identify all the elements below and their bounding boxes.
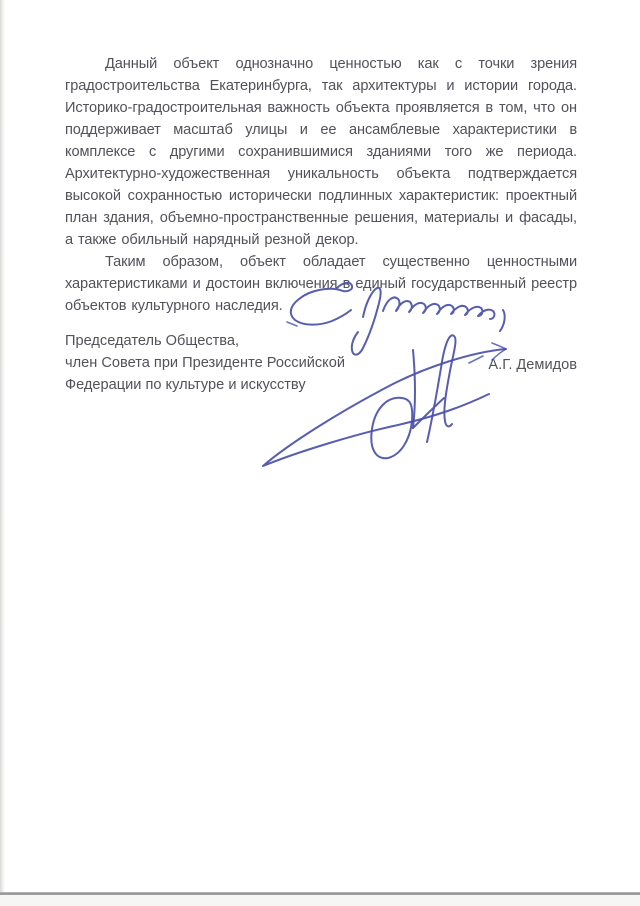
document-page: Данный объект однозначно ценностью как с… bbox=[0, 0, 640, 906]
signer-position-line-1: Председатель Общества, bbox=[65, 330, 577, 352]
page-scan-left-edge bbox=[0, 0, 5, 906]
signer-name: А.Г. Демидов bbox=[488, 354, 577, 376]
signer-position-line-3: Федерации по культуре и искусству bbox=[65, 374, 577, 396]
letter-body: Данный объект однозначно ценностью как с… bbox=[65, 53, 577, 317]
paragraph-value-statement: Данный объект однозначно ценностью как с… bbox=[65, 53, 577, 251]
page-below-edge bbox=[0, 895, 640, 906]
paragraph-conclusion: Таким образом, объект обладает существен… bbox=[65, 251, 577, 317]
signature-block: Председатель Общества, член Совета при П… bbox=[65, 330, 577, 410]
